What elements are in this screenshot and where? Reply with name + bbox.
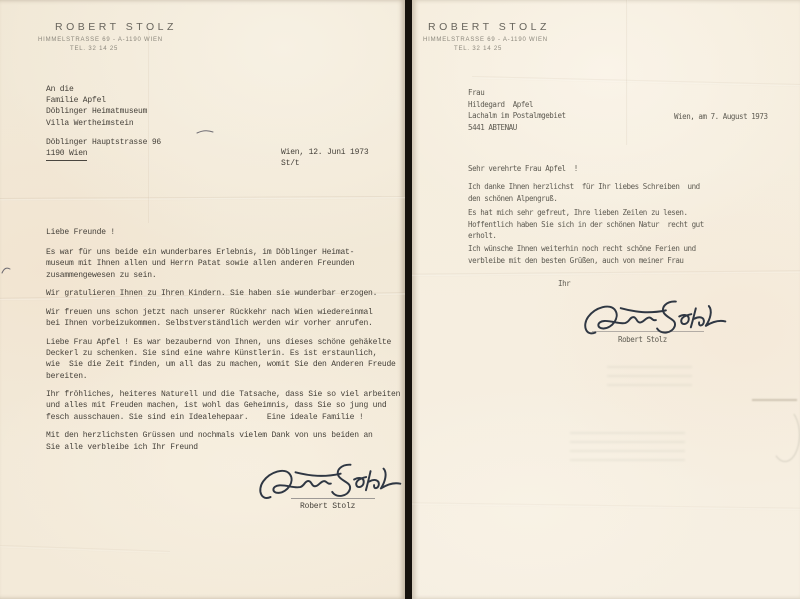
- letterhead-address: HIMMELSTRASSE 69 - A-1190 WIEN: [38, 37, 163, 43]
- body-paragraph: Ich danke Ihnen herzlichst für Ihr liebe…: [468, 181, 733, 204]
- pen-dash-mark: [196, 129, 214, 135]
- recipient-street: Döblinger Hauptstrasse 96: [46, 137, 161, 148]
- typed-signature-name: Robert Stolz: [300, 501, 355, 512]
- body-paragraph: Wir freuen uns schon jetzt nach unserer …: [46, 307, 414, 329]
- bleed-through-marks: [770, 408, 800, 462]
- fold-crease: [0, 196, 405, 201]
- body-paragraph: Mit den herzlichsten Grüssen und nochmal…: [46, 430, 414, 452]
- salutation: Liebe Freunde !: [46, 227, 414, 238]
- recipient-address: Frau Hildegard Apfel Lachalm im Postalmg…: [468, 87, 566, 133]
- fold-crease: [412, 502, 800, 510]
- dateline: Wien, am 7. August 1973: [674, 111, 768, 123]
- signature-underline: [291, 498, 375, 499]
- letterhead-name: ROBERT STOLZ: [428, 21, 550, 33]
- fold-crease: [626, 0, 628, 145]
- dateline: Wien, 12. Juni 1973: [281, 147, 368, 158]
- recipient-city: 1190 Wien: [46, 148, 87, 161]
- letterhead-name: ROBERT STOLZ: [55, 21, 177, 33]
- fold-crease: [472, 76, 800, 87]
- body-paragraph: Ihr fröhliches, heiteres Naturell und di…: [46, 389, 414, 423]
- letterhead-phone: TEL. 32 14 25: [70, 46, 118, 52]
- left-letter-page: ROBERT STOLZ HIMMELSTRASSE 69 - A-1190 W…: [0, 0, 405, 599]
- letters-scan: { "left_letter": { "letterhead": { "name…: [0, 0, 800, 599]
- salutation: Sehr verehrte Frau Apfel !: [468, 163, 578, 175]
- typed-signature-name: Robert Stolz: [618, 334, 667, 346]
- bleed-through-marks: [607, 366, 692, 390]
- body-paragraph: Wir gratulieren Ihnen zu Ihren Kindern. …: [46, 288, 414, 299]
- body-paragraph: Es war für uns beide ein wunderbares Erl…: [46, 247, 414, 281]
- bleed-through-marks: [570, 432, 685, 466]
- letter-body: Liebe Freunde ! Es war für uns beide ein…: [46, 227, 414, 453]
- reference-initials: St/t: [281, 158, 299, 169]
- valediction: Ihr: [558, 278, 570, 290]
- right-letter-page: ROBERT STOLZ HIMMELSTRASSE 69 - A-1190 W…: [412, 0, 800, 599]
- bleed-through-marks: [752, 399, 797, 401]
- stray-ink-mark: [1, 265, 12, 275]
- letterhead-phone: TEL. 32 14 25: [454, 46, 502, 52]
- fold-crease: [148, 28, 150, 223]
- fold-crease: [412, 270, 800, 276]
- fold-crease: [0, 545, 170, 554]
- letterhead-address: HIMMELSTRASSE 69 - A-1190 WIEN: [423, 37, 548, 43]
- signature-underline: [592, 331, 704, 332]
- body-paragraph: Liebe Frau Apfel ! Es war bezaubernd von…: [46, 337, 414, 382]
- body-paragraph: Ich wünsche Ihnen weiterhin noch recht s…: [468, 243, 733, 266]
- recipient-address: An die Familie Apfel Döblinger Heimatmus…: [46, 84, 147, 129]
- body-paragraph: Es hat mich sehr gefreut, Ihre lieben Ze…: [468, 207, 733, 242]
